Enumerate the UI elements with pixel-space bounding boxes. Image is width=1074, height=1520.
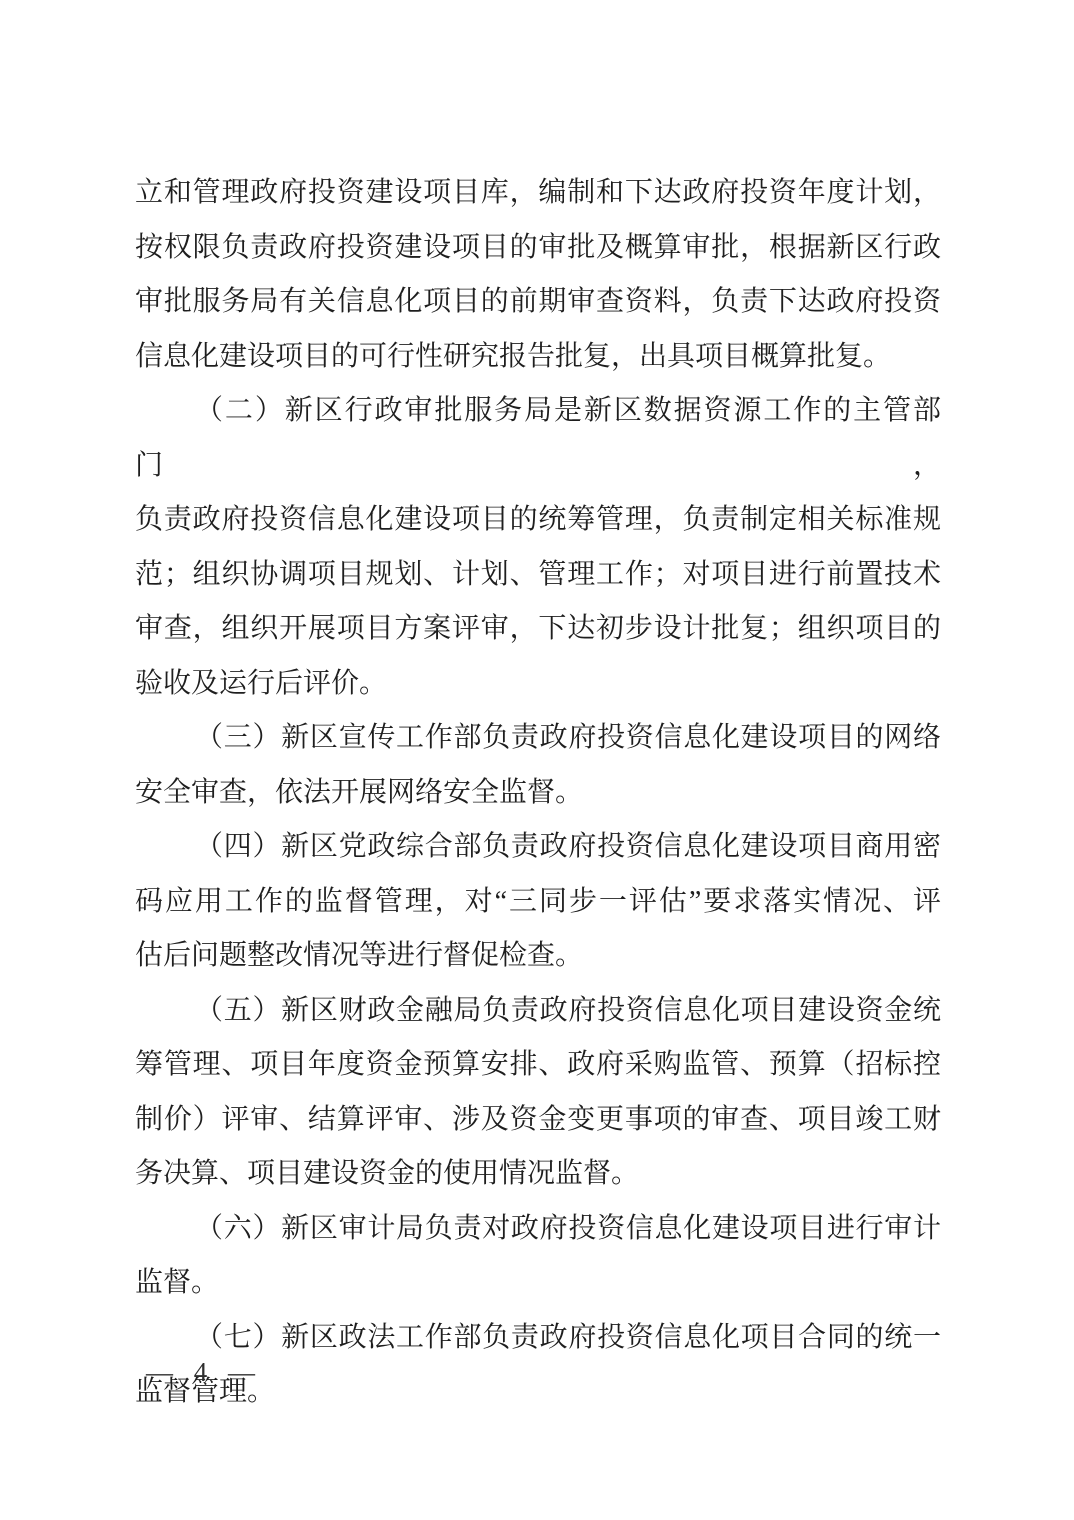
paragraph-item-4: （四）新区党政综合部负责政府投资信息化建设项目商用密 码应用工作的监督管理，对“… — [135, 820, 941, 984]
paragraph-item-5: （五）新区财政金融局负责政府投资信息化项目建设资金统 筹管理、项目年度资金预算安… — [135, 984, 941, 1202]
text-line: 安全审查，依法开展网络安全监督。 — [135, 766, 941, 821]
text-line: 负责政府投资信息化建设项目的统筹管理，负责制定相关标准规 — [135, 493, 941, 548]
text-line: （三）新区宣传工作部负责政府投资信息化建设项目的网络 — [135, 711, 941, 766]
text-line: 范；组织协调项目规划、计划、管理工作；对项目进行前置技术 — [135, 548, 941, 603]
text-line: 监督。 — [135, 1256, 941, 1311]
text-line: 审批服务局有关信息化项目的前期审查资料，负责下达政府投资 — [135, 275, 941, 330]
text-line: 估后问题整改情况等进行督促检查。 — [135, 929, 941, 984]
text-line: （二）新区行政审批服务局是新区数据资源工作的主管部门， — [135, 384, 941, 493]
text-line: 验收及运行后评价。 — [135, 657, 941, 712]
text-line: （六）新区审计局负责对政府投资信息化建设项目进行审计 — [135, 1202, 941, 1257]
page-number: — 4 — — [146, 1356, 259, 1388]
document-page: 立和管理政府投资建设项目库，编制和下达政府投资年度计划， 按权限负责政府投资建设… — [0, 0, 1074, 1520]
text-line: 立和管理政府投资建设项目库，编制和下达政府投资年度计划， — [135, 166, 941, 221]
text-line: 筹管理、项目年度资金预算安排、政府采购监管、预算（招标控 — [135, 1038, 941, 1093]
text-line: 制价）评审、结算评审、涉及资金变更事项的审查、项目竣工财 — [135, 1093, 941, 1148]
text-line: 务决算、项目建设资金的使用情况监督。 — [135, 1147, 941, 1202]
text-line: （五）新区财政金融局负责政府投资信息化项目建设资金统 — [135, 984, 941, 1039]
text-line: 码应用工作的监督管理，对“三同步一评估”要求落实情况、评 — [135, 875, 941, 930]
text-line: 审查，组织开展项目方案评审，下达初步设计批复；组织项目的 — [135, 602, 941, 657]
text-line: （四）新区党政综合部负责政府投资信息化建设项目商用密 — [135, 820, 941, 875]
paragraph-item-3: （三）新区宣传工作部负责政府投资信息化建设项目的网络 安全审查，依法开展网络安全… — [135, 711, 941, 820]
text-line: 按权限负责政府投资建设项目的审批及概算审批，根据新区行政 — [135, 221, 941, 276]
paragraph-item-6: （六）新区审计局负责对政府投资信息化建设项目进行审计 监督。 — [135, 1202, 941, 1311]
paragraph-continuation: 立和管理政府投资建设项目库，编制和下达政府投资年度计划， 按权限负责政府投资建设… — [135, 166, 941, 384]
document-body: 立和管理政府投资建设项目库，编制和下达政府投资年度计划， 按权限负责政府投资建设… — [135, 166, 941, 1420]
text-line: 信息化建设项目的可行性研究报告批复，出具项目概算批复。 — [135, 330, 941, 385]
paragraph-item-2: （二）新区行政审批服务局是新区数据资源工作的主管部门， 负责政府投资信息化建设项… — [135, 384, 941, 711]
